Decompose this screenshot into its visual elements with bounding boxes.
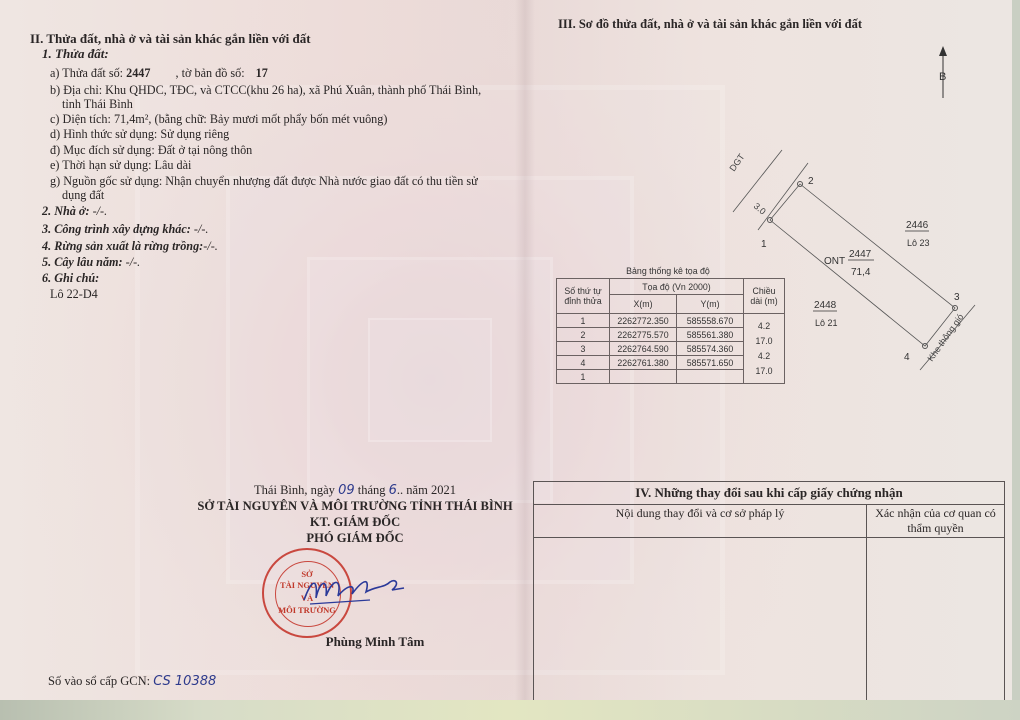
svg-text:71,4: 71,4 — [851, 267, 871, 278]
issue-date: Thái Bình, ngày 09 tháng 6.. năm 2021 — [195, 483, 515, 498]
certificate-sheet: II. Thửa đất, nhà ở và tài sản khác gắn … — [0, 0, 1012, 706]
svg-text:3.0: 3.0 — [752, 201, 768, 217]
item-forest: 4. Rừng sản xuất là rừng trồng:-/-. — [42, 239, 218, 254]
vertex-no: 1 — [557, 370, 610, 384]
coord-x — [610, 370, 677, 384]
section-iii-title: III. Sơ đồ thửa đất, nhà ở và tài sản kh… — [558, 17, 862, 32]
usage-purpose-line: đ) Mục đích sử dụng: Đất ở tại nông thôn — [50, 143, 252, 158]
usage-form-line: d) Hình thức sử dụng: Sử dụng riêng — [50, 127, 229, 142]
coordinate-table: Số thứ tự đỉnh thửa Tọa độ (Vn 2000) Chi… — [556, 278, 785, 384]
issuing-organization: SỞ TÀI NGUYÊN VÀ MÔI TRƯỜNG TỈNH THÁI BÌ… — [185, 499, 525, 514]
usage-term-line: e) Thời hạn sử dụng: Lâu dài — [50, 158, 191, 173]
authority-confirmation-cell — [867, 538, 1005, 706]
svg-text:2446: 2446 — [906, 220, 929, 231]
edge-lengths: 4.217.04.217.0 — [744, 314, 785, 384]
signer-kt: KT. GIÁM ĐỐC — [185, 515, 525, 530]
col-length: Chiều dài (m) — [744, 279, 785, 314]
svg-text:Lô 21: Lô 21 — [815, 318, 838, 328]
item-house: 2. Nhà ở: -/-. — [42, 204, 107, 219]
coord-x: 2262775.570 — [610, 328, 677, 342]
issue-day: 09 — [338, 483, 355, 498]
coord-y: 585558.670 — [677, 314, 744, 328]
svg-text:DGT: DGT — [727, 151, 746, 173]
signer-name: Phùng Minh Tâm — [250, 634, 500, 650]
col-vertex: Số thứ tự đỉnh thửa — [557, 279, 610, 314]
origin-line-1: g) Nguồn gốc sử dụng: Nhận chuyển nhượng… — [50, 174, 478, 189]
svg-text:1: 1 — [761, 239, 767, 250]
gcn-register-number: Số vào sổ cấp GCN: CS 10388 — [48, 674, 216, 689]
issue-month: 6 — [389, 483, 397, 498]
vertex-no: 1 — [557, 314, 610, 328]
change-content-cell — [534, 538, 867, 706]
vertex-no: 3 — [557, 342, 610, 356]
coord-x: 2262772.350 — [610, 314, 677, 328]
parcel-line: a) Thửa đất số: 2447 , tờ bản đồ số: 17 — [50, 66, 268, 81]
svg-text:Lô 23: Lô 23 — [907, 238, 930, 248]
col-change-content: Nội dung thay đổi và cơ sở pháp lý — [534, 505, 867, 538]
coord-y: 585574.360 — [677, 342, 744, 356]
col-authority-confirmation: Xác nhận của cơ quan có thẩm quyền — [867, 505, 1005, 538]
item-notes: 6. Ghi chú: — [42, 271, 99, 286]
signer-title: PHÓ GIÁM ĐỐC — [185, 531, 525, 546]
coord-table-caption: Bảng thống kê tọa độ — [556, 266, 780, 276]
col-y: Y(m) — [677, 295, 744, 314]
item-perennial: 5. Cây lâu năm: -/-. — [42, 255, 140, 270]
map-number: 17 — [256, 66, 268, 80]
col-coords: Tọa độ (Vn 2000) — [610, 279, 744, 295]
changes-title: IV. Những thay đổi sau khi cấp giấy chứn… — [534, 482, 1005, 505]
parcel-number: 2447 — [126, 66, 150, 80]
note-lot: Lô 22-D4 — [50, 287, 98, 302]
svg-text:2447: 2447 — [849, 249, 872, 260]
address-line-2: tỉnh Thái Bình — [62, 97, 133, 112]
coord-x: 2262764.590 — [610, 342, 677, 356]
coord-row: 12262772.350585558.6704.217.04.217.0 — [557, 314, 785, 328]
origin-line-2: dụng đất — [62, 188, 104, 203]
area-line: c) Diện tích: 71,4m², (bằng chữ: Bảy mươ… — [50, 112, 387, 127]
svg-text:3: 3 — [954, 292, 960, 303]
land-heading: 1. Thửa đất: — [42, 46, 109, 62]
coord-y: 585561.380 — [677, 328, 744, 342]
changes-table: IV. Những thay đổi sau khi cấp giấy chứn… — [533, 481, 1005, 706]
vertex-no: 4 — [557, 356, 610, 370]
vertex-no: 2 — [557, 328, 610, 342]
svg-text:2: 2 — [808, 176, 814, 187]
coord-x: 2262761.380 — [610, 356, 677, 370]
signature-scribble — [300, 570, 410, 610]
svg-text:B: B — [939, 71, 946, 83]
coord-y — [677, 370, 744, 384]
background-desk — [0, 700, 1020, 720]
page-fold — [515, 0, 535, 706]
north-arrow-icon: B — [939, 46, 947, 98]
section-ii-title: II. Thửa đất, nhà ở và tài sản khác gắn … — [30, 31, 311, 47]
svg-text:4: 4 — [904, 352, 910, 363]
svg-text:2448: 2448 — [814, 300, 837, 311]
coord-y: 585571.650 — [677, 356, 744, 370]
address-line-1: b) Địa chỉ: Khu QHDC, TĐC, và CTCC(khu 2… — [50, 83, 481, 98]
svg-text:ONT: ONT — [824, 256, 845, 267]
col-x: X(m) — [610, 295, 677, 314]
item-other-works: 3. Công trình xây dựng khác: -/-. — [42, 222, 208, 237]
